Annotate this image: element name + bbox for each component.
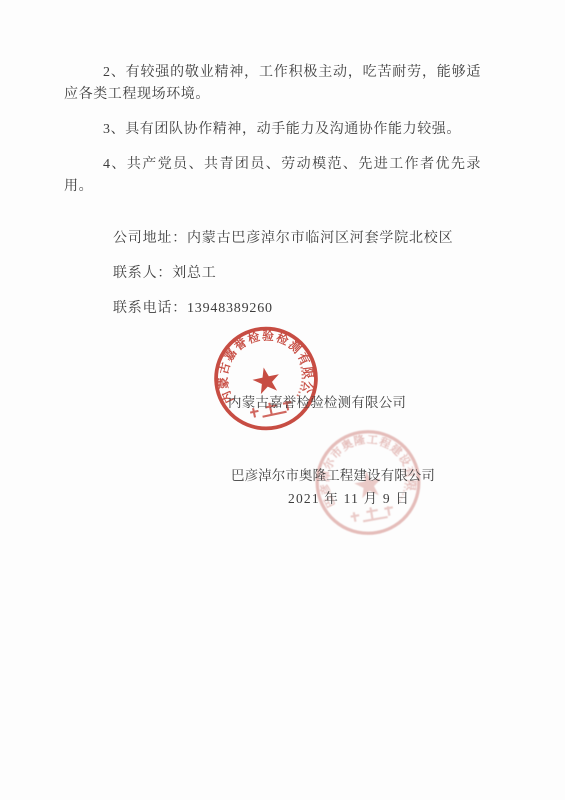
company2-name-line: 巴彦淖尔市奥隆工程建设有限公司 <box>231 464 435 484</box>
paragraph-item-3: 3、具有团队协作精神，动手能力及沟通协作能力较强。 <box>64 119 481 141</box>
company1-name-line: 内蒙古嘉誉检验检测有限公司 <box>228 391 406 411</box>
company-address-line: 公司地址：内蒙古巴彦淖尔市临河区河套学院北校区 <box>113 228 453 250</box>
paragraph-item-4: 4、共产党员、共青团员、劳动模范、先进工作者优先录用。 <box>64 154 481 198</box>
contact-block: 公司地址：内蒙古巴彦淖尔市临河区河套学院北校区 联系人：刘总工 联系电话：139… <box>113 228 453 333</box>
contact-person-line: 联系人：刘总工 <box>113 263 453 285</box>
signature-date-line: 2021 年 11 月 9 日 <box>288 487 410 507</box>
scanned-document-page: 2、有较强的敬业精神，工作积极主动，吃苦耐劳，能够适应各类工程现场环境。 3、具… <box>0 0 565 800</box>
paragraph-item-2: 2、有较强的敬业精神，工作积极主动，吃苦耐劳，能够适应各类工程现场环境。 <box>64 62 481 106</box>
contact-phone-line: 联系电话：13948389260 <box>113 298 453 320</box>
seal1-graphic: 内蒙古嘉誉检验检测有限公司 <box>204 322 328 435</box>
document-body: 2、有较强的敬业精神，工作积极主动，吃苦耐劳，能够适应各类工程现场环境。 3、具… <box>64 62 481 211</box>
company1-round-seal: 内蒙古嘉誉检验检测有限公司 <box>204 322 328 435</box>
